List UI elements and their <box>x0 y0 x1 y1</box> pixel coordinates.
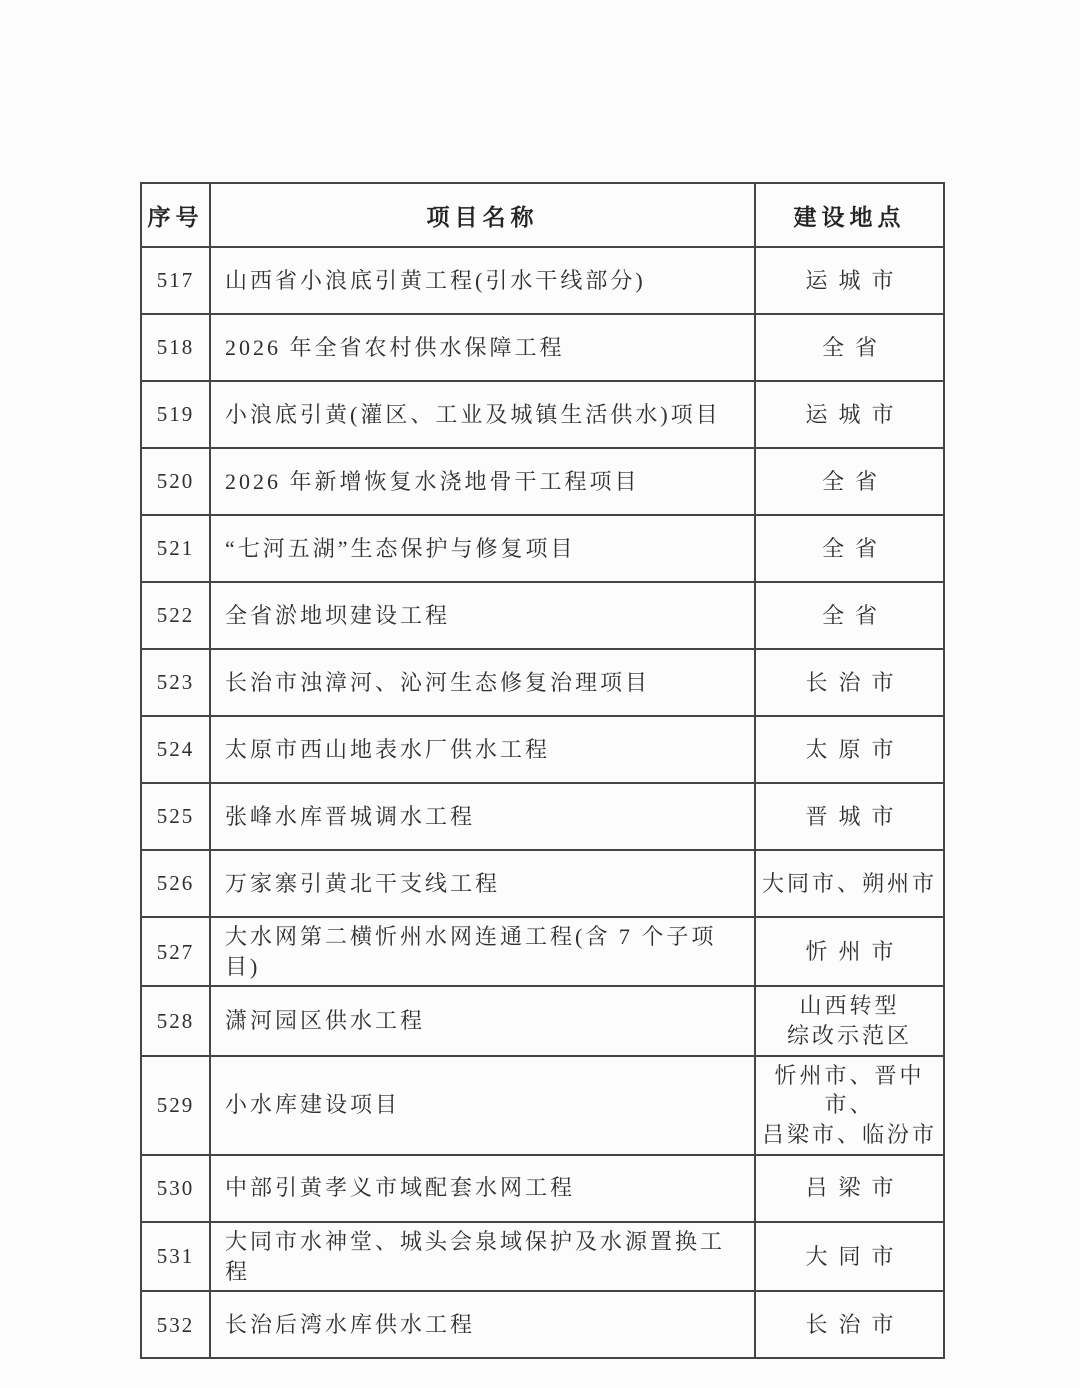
header-project-name: 项目名称 <box>210 183 755 247</box>
serial-cell: 527 <box>141 917 210 986</box>
table-row: 5202026 年新增恢复水浇地骨干工程项目全省 <box>141 448 944 515</box>
location-cell: 全省 <box>755 448 944 515</box>
serial-cell: 531 <box>141 1222 210 1291</box>
location-cell: 全省 <box>755 515 944 582</box>
project-name-cell: 长治后湾水库供水工程 <box>210 1291 755 1358</box>
project-name-cell: 张峰水库晋城调水工程 <box>210 783 755 850</box>
serial-cell: 528 <box>141 986 210 1055</box>
project-name-cell: 2026 年新增恢复水浇地骨干工程项目 <box>210 448 755 515</box>
project-name-cell: 山西省小浪底引黄工程(引水干线部分) <box>210 247 755 314</box>
serial-cell: 518 <box>141 314 210 381</box>
serial-cell: 529 <box>141 1056 210 1155</box>
project-name-cell: 长治市浊漳河、沁河生态修复治理项目 <box>210 649 755 716</box>
header-serial-number: 序号 <box>141 183 210 247</box>
serial-cell: 526 <box>141 850 210 917</box>
location-cell: 长治市 <box>755 1291 944 1358</box>
table-row: 528潇河园区供水工程山西转型 综改示范区 <box>141 986 944 1055</box>
location-cell: 大同市、朔州市 <box>755 850 944 917</box>
table-header-row: 序号 项目名称 建设地点 <box>141 183 944 247</box>
table-row: 517山西省小浪底引黄工程(引水干线部分)运城市 <box>141 247 944 314</box>
project-name-cell: 大水网第二横忻州水网连通工程(含 7 个子项 目) <box>210 917 755 986</box>
serial-cell: 530 <box>141 1155 210 1222</box>
project-name-cell: 潇河园区供水工程 <box>210 986 755 1055</box>
table-body: 517山西省小浪底引黄工程(引水干线部分)运城市5182026 年全省农村供水保… <box>141 247 944 1358</box>
location-cell: 运城市 <box>755 381 944 448</box>
header-construction-location: 建设地点 <box>755 183 944 247</box>
serial-cell: 525 <box>141 783 210 850</box>
serial-cell: 517 <box>141 247 210 314</box>
serial-cell: 524 <box>141 716 210 783</box>
location-cell: 运城市 <box>755 247 944 314</box>
table-row: 521“七河五湖”生态保护与修复项目全省 <box>141 515 944 582</box>
table-row: 532长治后湾水库供水工程长治市 <box>141 1291 944 1358</box>
location-cell: 忻州市、晋中市、 吕梁市、临汾市 <box>755 1056 944 1155</box>
location-cell: 晋城市 <box>755 783 944 850</box>
table-row: 523长治市浊漳河、沁河生态修复治理项目长治市 <box>141 649 944 716</box>
location-cell: 忻州市 <box>755 917 944 986</box>
table-row: 5182026 年全省农村供水保障工程全省 <box>141 314 944 381</box>
project-name-cell: 万家寨引黄北干支线工程 <box>210 850 755 917</box>
project-name-cell: 全省淤地坝建设工程 <box>210 582 755 649</box>
table-row: 519小浪底引黄(灌区、工业及城镇生活供水)项目运城市 <box>141 381 944 448</box>
location-cell: 太原市 <box>755 716 944 783</box>
location-cell: 吕梁市 <box>755 1155 944 1222</box>
table-row: 530中部引黄孝义市域配套水网工程吕梁市 <box>141 1155 944 1222</box>
table-row: 526万家寨引黄北干支线工程大同市、朔州市 <box>141 850 944 917</box>
project-name-cell: “七河五湖”生态保护与修复项目 <box>210 515 755 582</box>
project-name-cell: 小浪底引黄(灌区、工业及城镇生活供水)项目 <box>210 381 755 448</box>
table-row: 522全省淤地坝建设工程全省 <box>141 582 944 649</box>
location-cell: 全省 <box>755 314 944 381</box>
serial-cell: 521 <box>141 515 210 582</box>
projects-table: 序号 项目名称 建设地点 517山西省小浪底引黄工程(引水干线部分)运城市518… <box>140 182 945 1359</box>
serial-cell: 523 <box>141 649 210 716</box>
serial-cell: 522 <box>141 582 210 649</box>
location-cell: 长治市 <box>755 649 944 716</box>
table-row: 527大水网第二横忻州水网连通工程(含 7 个子项 目)忻州市 <box>141 917 944 986</box>
project-name-cell: 大同市水神堂、城头会泉域保护及水源置换工程 <box>210 1222 755 1291</box>
table-row: 525张峰水库晋城调水工程晋城市 <box>141 783 944 850</box>
project-name-cell: 小水库建设项目 <box>210 1056 755 1155</box>
project-name-cell: 中部引黄孝义市域配套水网工程 <box>210 1155 755 1222</box>
serial-cell: 519 <box>141 381 210 448</box>
table-row: 529小水库建设项目忻州市、晋中市、 吕梁市、临汾市 <box>141 1056 944 1155</box>
table-row: 531大同市水神堂、城头会泉域保护及水源置换工程大同市 <box>141 1222 944 1291</box>
document-page: 序号 项目名称 建设地点 517山西省小浪底引黄工程(引水干线部分)运城市518… <box>0 0 1080 1388</box>
location-cell: 大同市 <box>755 1222 944 1291</box>
project-name-cell: 太原市西山地表水厂供水工程 <box>210 716 755 783</box>
location-cell: 山西转型 综改示范区 <box>755 986 944 1055</box>
serial-cell: 532 <box>141 1291 210 1358</box>
table-row: 524太原市西山地表水厂供水工程太原市 <box>141 716 944 783</box>
serial-cell: 520 <box>141 448 210 515</box>
project-name-cell: 2026 年全省农村供水保障工程 <box>210 314 755 381</box>
location-cell: 全省 <box>755 582 944 649</box>
